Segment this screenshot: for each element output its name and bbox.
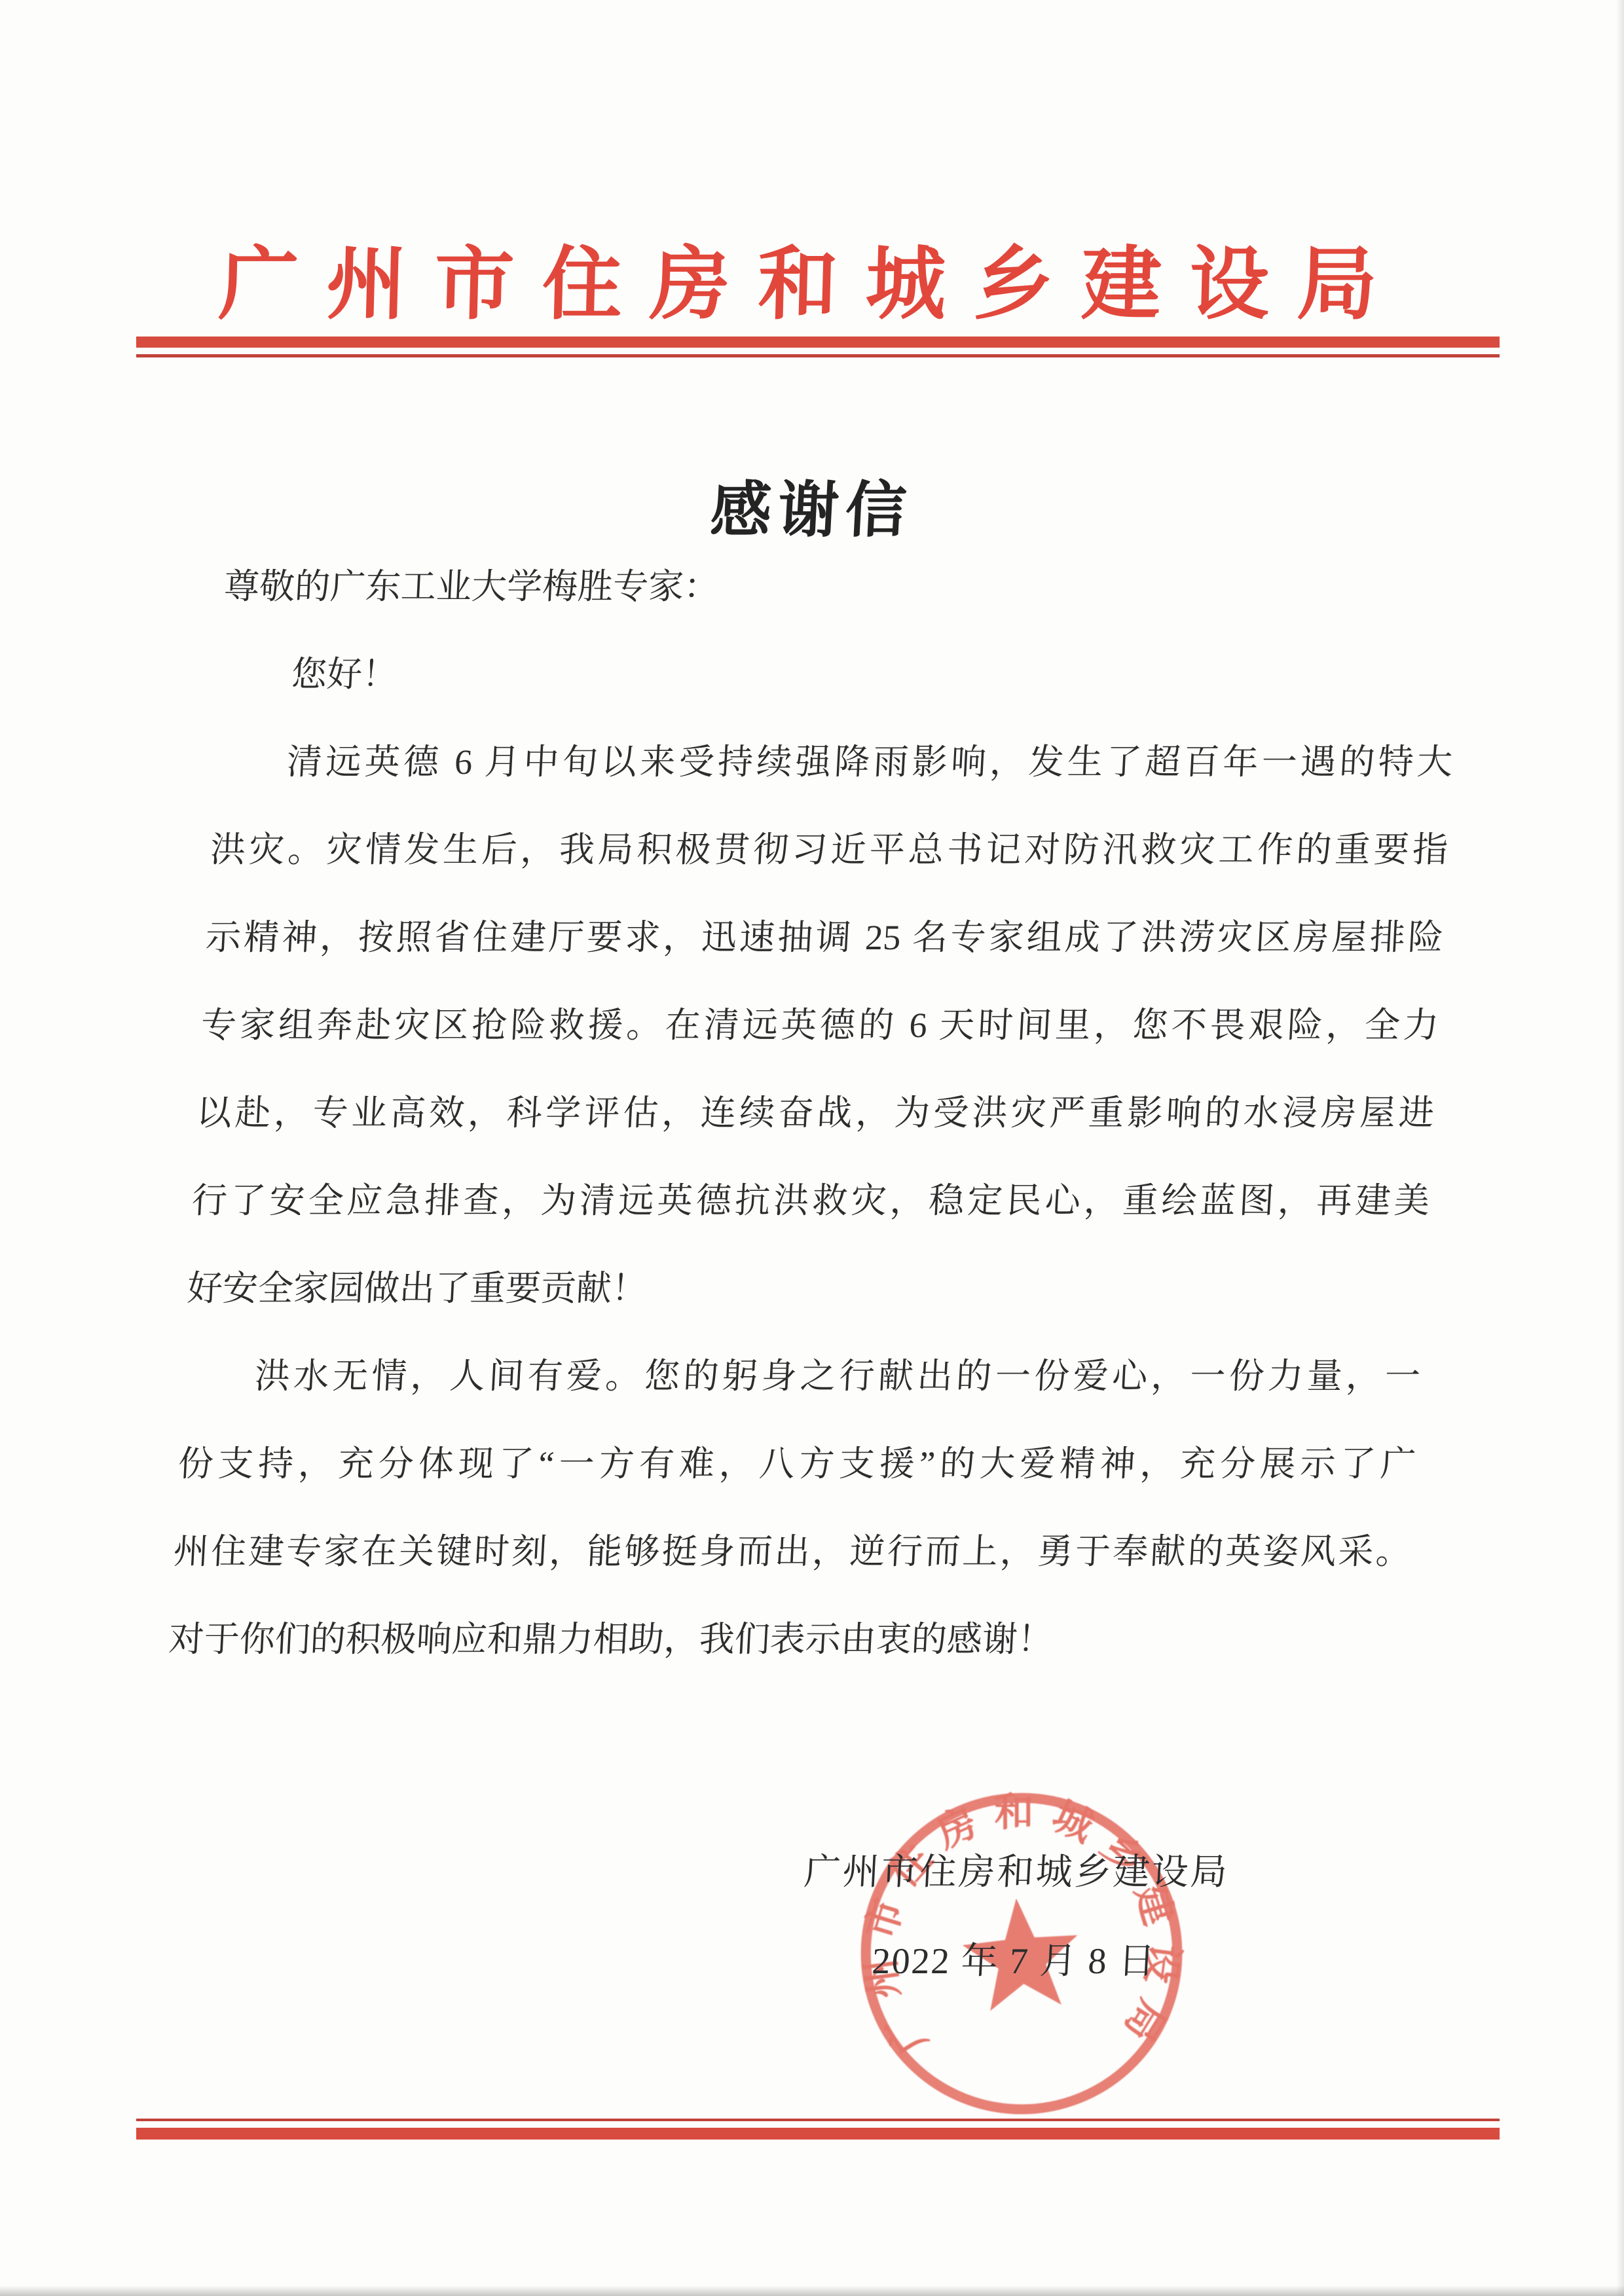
- body-line: 对于你们的积极响应和鼎力相助，我们表示由衷的感谢！: [166, 1595, 1409, 1683]
- scanned-letter-page: 广州市住房和城乡建设局 感谢信 尊敬的广东工业大学梅胜专家： 您好！ 清远英德 …: [0, 0, 1624, 2296]
- letterhead-org-name: 广州市住房和城乡建设局: [0, 220, 1624, 335]
- footer-rule-thick: [136, 2128, 1500, 2140]
- footer-rule-thin: [136, 2119, 1500, 2121]
- body-line: 洪水无情，人间有爱。您的躬身之行献出的一份爱心，一份力量，一: [180, 1332, 1422, 1420]
- body-line: 份支持，充分体现了“一方有难，八方支援”的大爱精神，充分展示了广: [175, 1420, 1418, 1508]
- signature-org: 广州市住房和城乡建设局: [803, 1843, 1230, 1895]
- scan-edge-bottom: [0, 2286, 1624, 2296]
- body-line: 好安全家园做出了重要贡献！: [185, 1245, 1427, 1332]
- header-rule-thin: [136, 354, 1500, 357]
- greeting: 您好！: [217, 630, 1460, 718]
- scan-edge-right: [1616, 0, 1624, 2296]
- signature-date: 2022 年 7 月 8 日: [871, 1932, 1158, 1984]
- body-line: 州住建专家在关键时刻，能够挺身而出，逆行而上，勇于奉献的英姿风采。: [171, 1508, 1413, 1595]
- letter-body: 尊敬的广东工业大学梅胜专家： 您好！ 清远英德 6 月中旬以来受持续强降雨影响，…: [166, 543, 1464, 1683]
- body-line: 示精神，按照省住建厅要求，迅速抽调 25 名专家组成了洪涝灾区房屋排险: [204, 894, 1446, 981]
- body-line: 洪灾。灾情发生后，我局积极贯彻习近平总书记对防汛救灾工作的重要指: [208, 806, 1450, 894]
- body-line: 以赴，专业高效，科学评估，连续奋战，为受洪灾严重影响的水浸房屋进: [194, 1069, 1436, 1157]
- body-line: 行了安全应急排查，为清远英德抗洪救灾，稳定民心，重绘蓝图，再建美: [189, 1157, 1431, 1245]
- letter-title: 感谢信: [0, 461, 1624, 549]
- body-line: 清远英德 6 月中旬以来受持续强降雨影响，发生了超百年一遇的特大: [213, 718, 1455, 806]
- salutation: 尊敬的广东工业大学梅胜专家：: [222, 543, 1464, 630]
- body-line: 专家组奔赴灾区抢险救援。在清远英德的 6 天时间里，您不畏艰险，全力: [199, 981, 1441, 1069]
- header-rule-thick: [136, 337, 1500, 348]
